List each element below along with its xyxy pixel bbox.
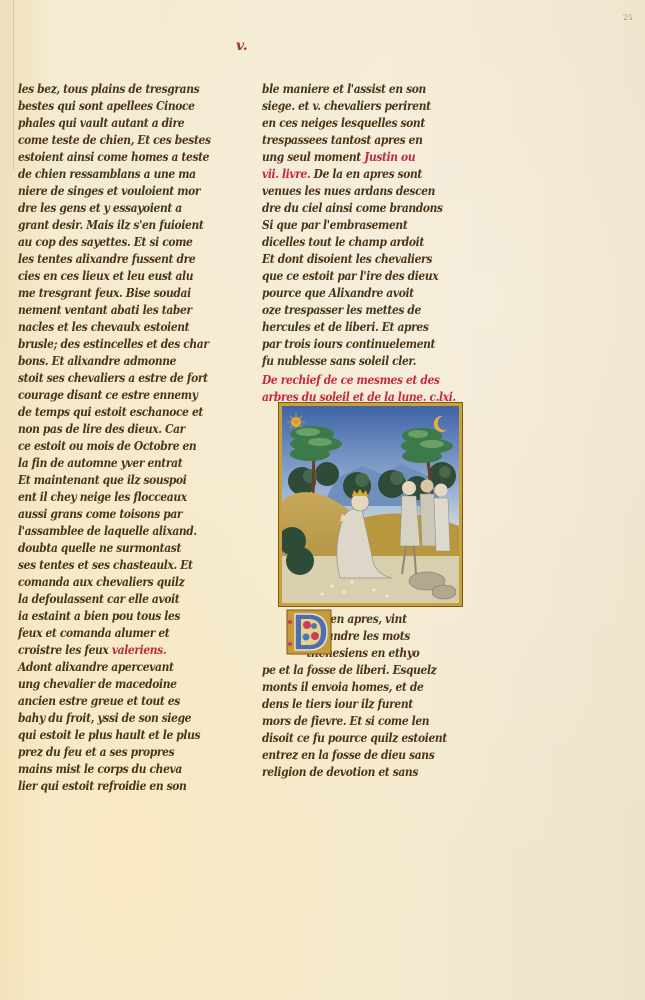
text-line: en ces neiges lesquelles sont <box>262 114 468 131</box>
text-line: Et dont disoient les chevaliers <box>262 250 468 267</box>
text-line: la fin de automne yver entrat <box>18 454 224 471</box>
text-line: fu nublesse sans soleil cler. <box>262 352 468 369</box>
text-line: dre du ciel ainsi come brandons <box>262 199 468 216</box>
quire-mark: v. <box>236 38 248 54</box>
text-line: au cop des sayettes. Et si come <box>18 233 224 250</box>
text-line: qui estoit le plus hault et le plus <box>18 726 224 743</box>
text-line: dens le tiers iour ilz furent <box>262 695 468 712</box>
text-line: entrez en la fosse de dieu sans <box>262 746 468 763</box>
text-line: trespassees tantost apres en <box>262 131 468 148</box>
text-line: siege. et v. chevaliers perirent <box>262 97 468 114</box>
text-line: dicelles tout le champ ardoit <box>262 233 468 250</box>
text-line: estoient ainsi come homes a teste <box>18 148 224 165</box>
text-line: stoit ses chevaliers a estre de fort <box>18 369 224 386</box>
text-line: l'assamblee de laquelle alixand. <box>18 522 224 539</box>
text-line: ung chevalier de macedoine <box>18 675 224 692</box>
text-line: religion de devotion et sans <box>262 763 468 780</box>
text-line: aussi grans come toisons par <box>18 505 224 522</box>
text-line: monts il envoia homes, et de <box>262 678 468 695</box>
text-line: mains mist le corps du cheva <box>18 760 224 777</box>
text-line: brusle; des estincelles et des char <box>18 335 224 352</box>
text-line: disoit ce fu pource quilz estoient <box>262 729 468 746</box>
text-line: ia estaint a bien pou tous les <box>18 607 224 624</box>
text-line: les bez, tous plains de tresgrans <box>18 80 224 97</box>
text-line: vii. livre. De la en apres sont <box>262 165 468 182</box>
text-line: par trois iours continuelement <box>262 335 468 352</box>
text-line: bestes qui sont apellees Cinoce <box>18 97 224 114</box>
text-line: pource que Alixandre avoit <box>262 284 468 301</box>
illuminated-initial <box>285 608 333 656</box>
text-line: courage disant ce estre ennemy <box>18 386 224 403</box>
text-line: hercules et de liberi. Et apres <box>262 318 468 335</box>
text-line: phales qui vault autant a dire <box>18 114 224 131</box>
text-line: que ce estoit par l'ire des dieux <box>262 267 468 284</box>
text-line: comanda aux chevaliers quilz <box>18 573 224 590</box>
text-line: grant desir. Mais ilz s'en fuioient <box>18 216 224 233</box>
text-line: ancien estre greue et tout es <box>18 692 224 709</box>
text-line: venues les nues ardans descen <box>262 182 468 199</box>
text-line: pe et la fosse de liberi. Esquelz <box>262 661 468 678</box>
text-line: ent il chey neige les flocceaux <box>18 488 224 505</box>
text-line: prez du feu et a ses propres <box>18 743 224 760</box>
text-line: ung seul moment Justin ou <box>262 148 468 165</box>
text-line: cies en ces lieux et leu eust alu <box>18 267 224 284</box>
text-line: Si que par l'embrasement <box>262 216 468 233</box>
text-line: doubta quelle ne surmontast <box>18 539 224 556</box>
text-line: les tentes alixandre fussent dre <box>18 250 224 267</box>
left-text-column: les bez, tous plains de tresgransbestes … <box>18 80 258 794</box>
right-text-column: ble maniere et l'assist en sonsiege. et … <box>262 80 502 405</box>
folio-number: 25 <box>623 14 633 22</box>
ruling-line <box>13 0 14 170</box>
text-line: la defoulassent car elle avoit <box>18 590 224 607</box>
text-line: Et maintenant que ilz souspoi <box>18 471 224 488</box>
chapter-rubric: De rechief de ce mesmes et des <box>262 371 468 388</box>
text-line: lier qui estoit refroidie en son <box>18 777 224 794</box>
text-line: me tresgrant feux. Bise soudai <box>18 284 224 301</box>
text-line: niere de singes et vouloient mor <box>18 182 224 199</box>
inline-rubric: vii. livre. <box>262 166 314 181</box>
rubric-word: valeriens. <box>108 642 166 657</box>
inline-rubric: Justin ou <box>361 149 415 164</box>
text-line: dre les gens et y essayoient a <box>18 199 224 216</box>
trees-of-sun-and-moon-miniature-icon <box>282 406 459 603</box>
miniature-illustration <box>279 403 462 606</box>
text-line: bons. Et alixandre admonne <box>18 352 224 369</box>
illuminated-initial-d-icon <box>285 608 333 656</box>
text-line: ble maniere et l'assist en son <box>262 80 468 97</box>
text-line: Adont alixandre apercevant <box>18 658 224 675</box>
text-line: feux et comanda alumer et <box>18 624 224 641</box>
text-line: mors de fievre. Et si come len <box>262 712 468 729</box>
text-line: bahy du froit, yssi de son siege <box>18 709 224 726</box>
text-line: croistre les feux valeriens. <box>18 641 224 658</box>
text-line: nement ventant abati les taber <box>18 301 224 318</box>
text-line: nacles et les chevaulx estoient <box>18 318 224 335</box>
text-line: ses tentes et ses chasteaulx. Et <box>18 556 224 573</box>
text-line: oze trespasser les mettes de <box>262 301 468 318</box>
text-line: de chien ressamblans a une ma <box>18 165 224 182</box>
manuscript-page: 25 v. les bez, tous plains de tresgransb… <box>0 0 645 1000</box>
text-line: de temps qui estoit eschanoce et <box>18 403 224 420</box>
text-line: non pas de lire des dieux. Car <box>18 420 224 437</box>
text-line: come teste de chien, Et ces bestes <box>18 131 224 148</box>
text-line: ce estoit ou mois de Octobre en <box>18 437 224 454</box>
